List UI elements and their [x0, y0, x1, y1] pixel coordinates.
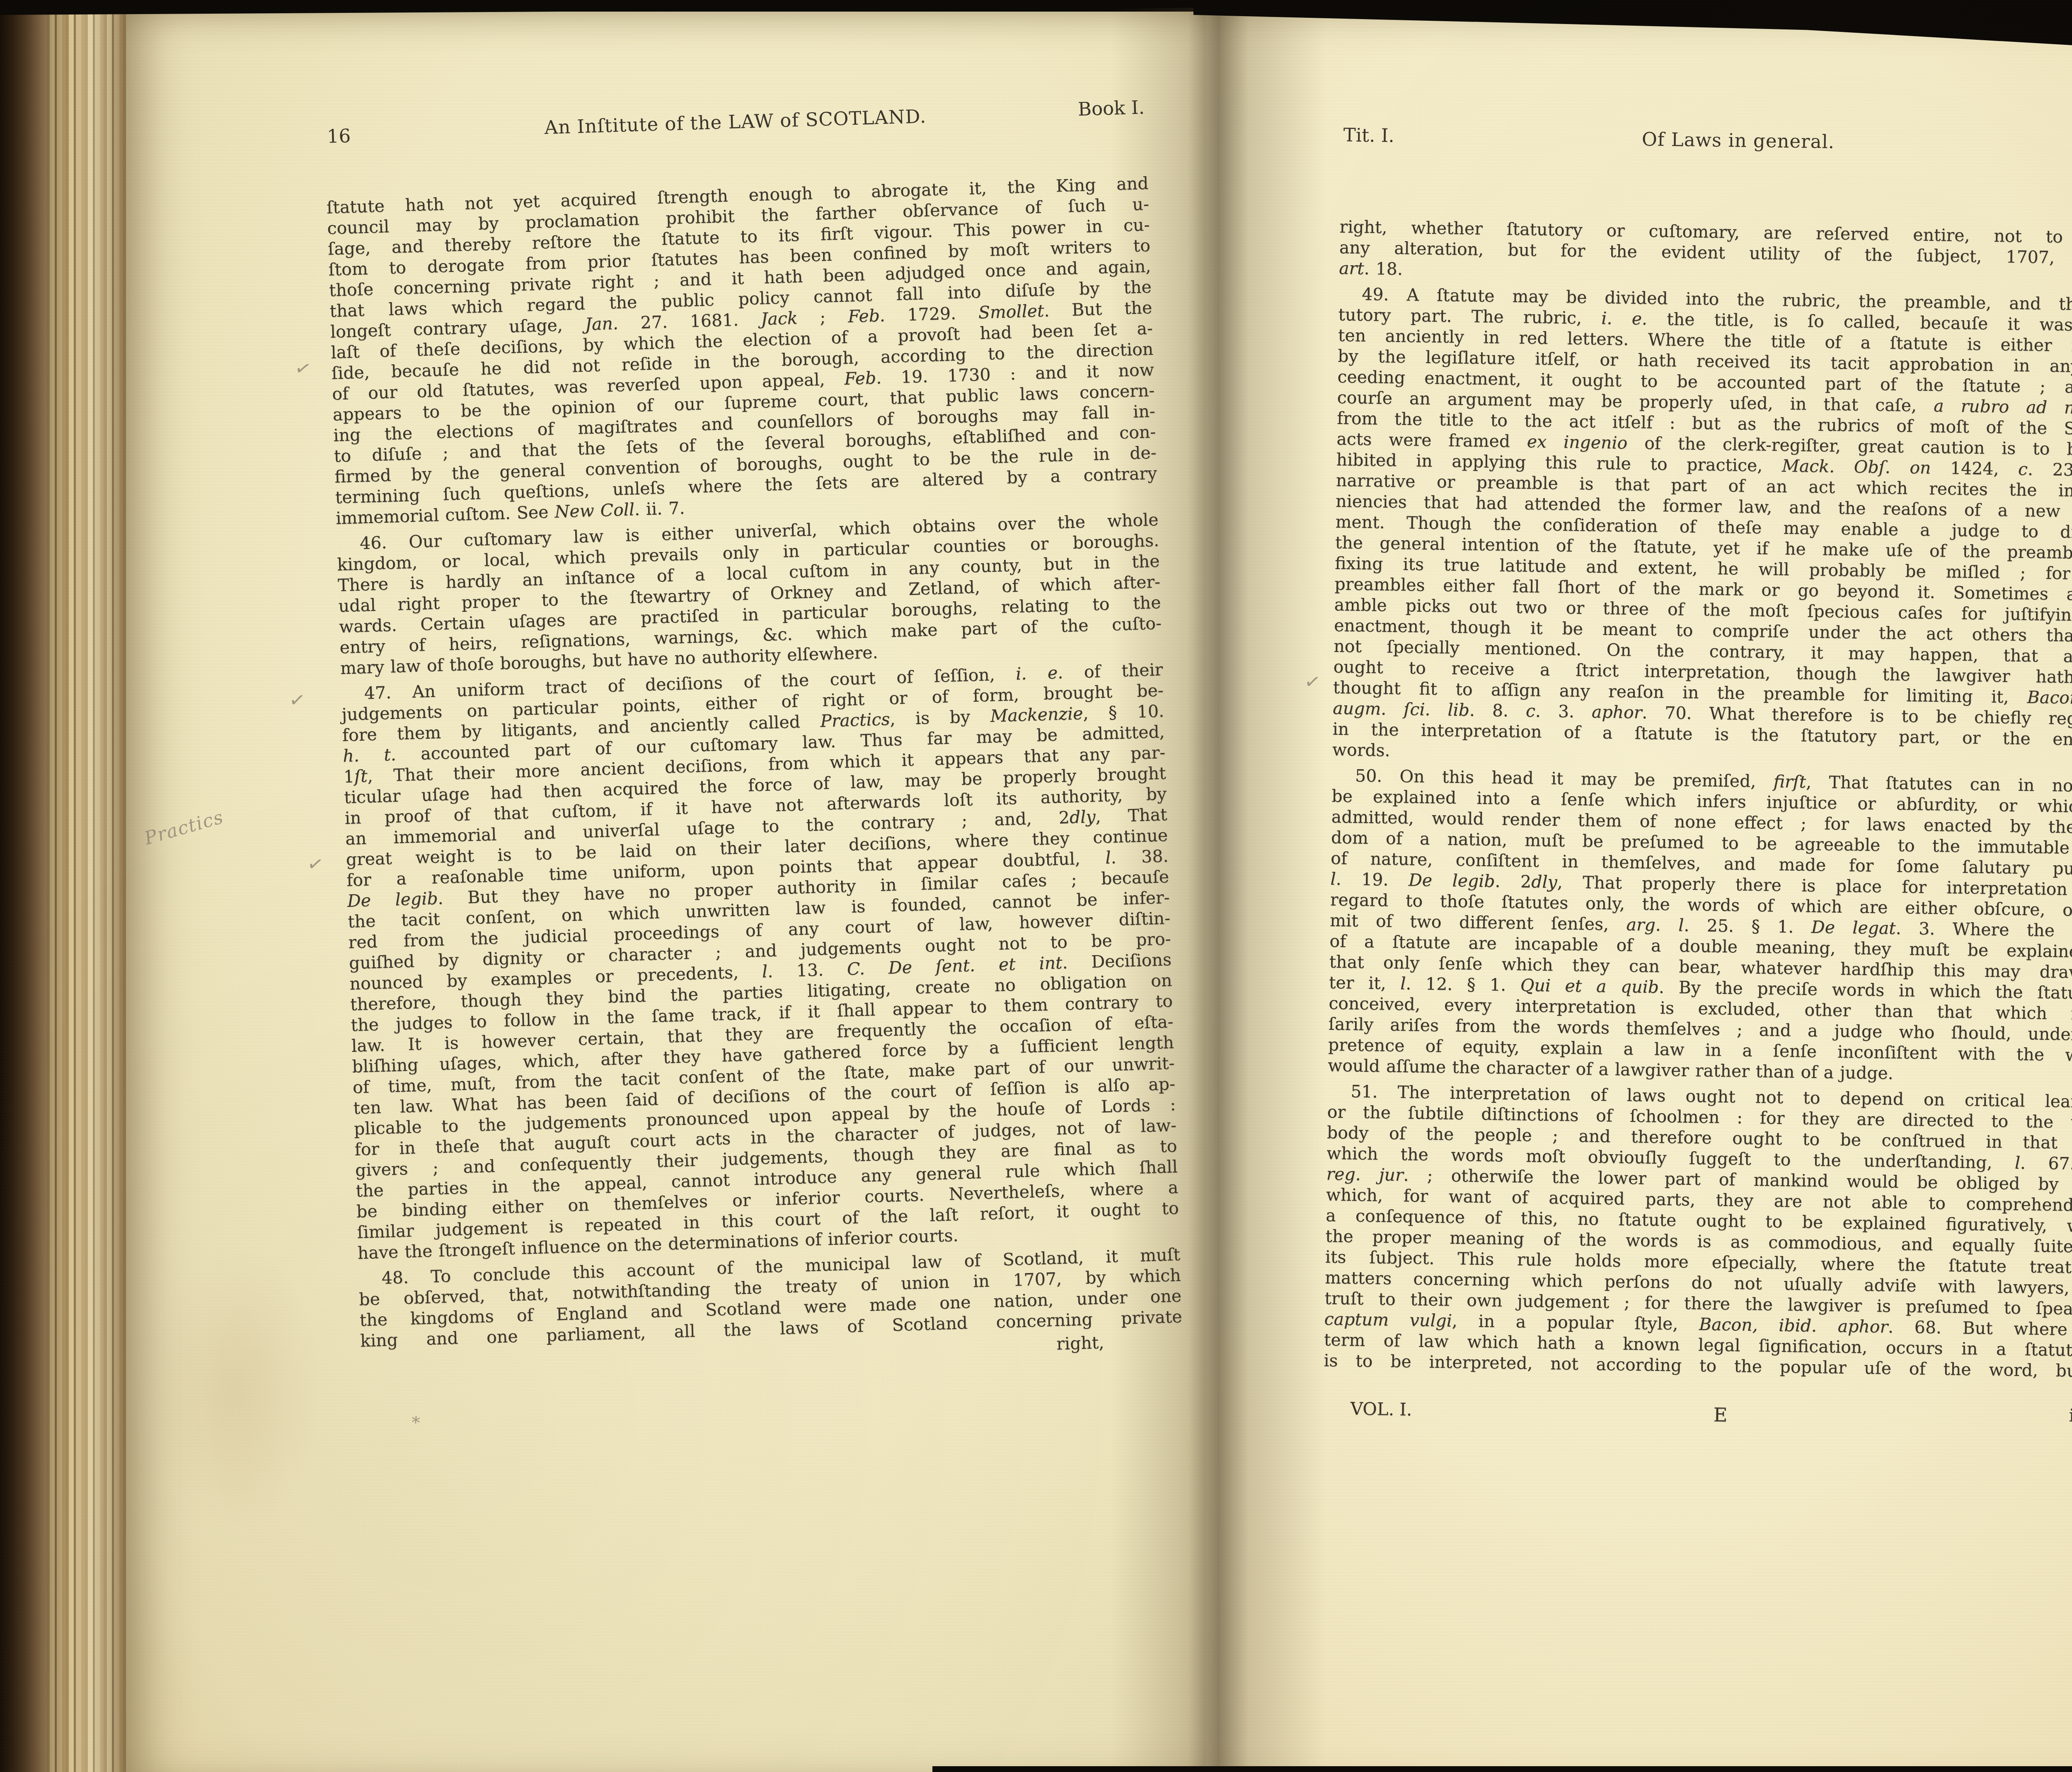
right-catchword: its: [2069, 1405, 2072, 1426]
right-page-header: Tit. I. Of Laws in general. 17: [1341, 123, 2072, 158]
right-page-footer: VOL. I. E its: [1323, 1398, 2072, 1433]
pencil-checkmark: ✓: [288, 688, 307, 712]
paragraph: 51. The interpretation of laws ought not…: [1324, 1081, 2072, 1382]
paragraph: 47. An uniform tract of deciſions of the…: [341, 659, 1180, 1264]
left-running-title: An Inſtitute of the LAW of SCOTLAND.: [324, 98, 1147, 146]
left-book-label: Book I.: [1077, 96, 1145, 121]
paragraph: 50. On this head it may be premiſed, fir…: [1328, 765, 2072, 1087]
paragraph: 46. Our cuſtomary law is either univerſa…: [336, 509, 1162, 679]
book-scan: 16 An Inſtitute of the LAW of SCOTLAND. …: [0, 0, 2072, 1772]
right-running-title: Of Laws in general.: [1341, 123, 2072, 158]
left-page: 16 An Inſtitute of the LAW of SCOTLAND. …: [126, 12, 1206, 1772]
left-page-text: ſtatute hath not yet acquired ſtrength e…: [326, 173, 1182, 1351]
right-page-text: right, whether ſtatutory or cuſtomary, a…: [1324, 216, 2072, 1382]
right-page: Tit. I. Of Laws in general. 17 right, wh…: [1206, 12, 2072, 1772]
paragraph: ſtatute hath not yet acquired ſtrength e…: [326, 173, 1158, 529]
page-edge-stack: [46, 5, 126, 1772]
gathering-signature: E: [1323, 1398, 2072, 1432]
pencil-asterisk-mark: ⁎: [411, 1408, 421, 1427]
book-cover-edge: [0, 0, 46, 1772]
left-page-header: 16 An Inſtitute of the LAW of SCOTLAND. …: [324, 98, 1147, 146]
paragraph: 49. A ſtatute may be divided into the ru…: [1332, 283, 2072, 771]
paragraph: right, whether ſtatutory or cuſtomary, a…: [1339, 216, 2072, 290]
backdrop-bottom-edge: [932, 1766, 2072, 1772]
